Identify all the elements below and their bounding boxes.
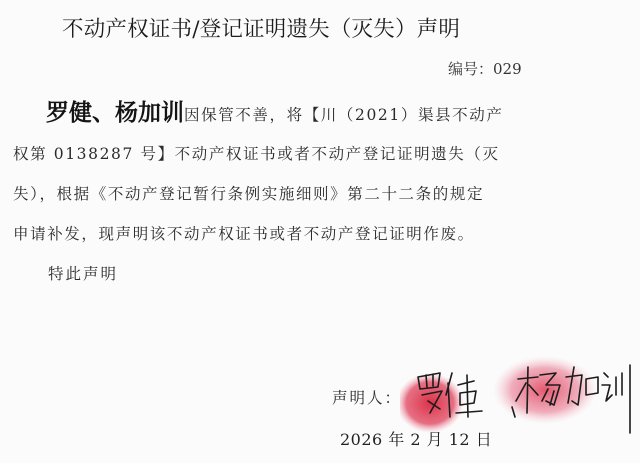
closing-statement: 特此声明 xyxy=(48,262,118,284)
body-line-4: 申请补发，现声明该不动产权证书或者不动产登记证明作废。 xyxy=(13,222,475,244)
body-line-3: 失），根据《不动产登记暂行条例实施细则》第二十二条的规定 xyxy=(13,182,484,204)
declaration-date: 2026 年 2 月 12 日 xyxy=(340,427,492,450)
document-title: 不动产权证书/登记证明遗失（灭失）声明 xyxy=(62,12,460,43)
body-line-1-text: 因保管不善，将【川（2021）渠县不动产 xyxy=(184,106,503,124)
declarant-names: 罗健、杨加训 xyxy=(46,100,184,126)
body-line-2: 权第 0138287 号】不动产权证书或者不动产登记证明遗失（灭 xyxy=(13,142,500,164)
body-line-1: 罗健、杨加训因保管不善，将【川（2021）渠县不动产 xyxy=(46,94,503,127)
fingerprint-2 xyxy=(493,356,597,424)
declarant-label: 声明人： xyxy=(332,386,402,408)
document-number: 编号：029 xyxy=(448,58,522,79)
